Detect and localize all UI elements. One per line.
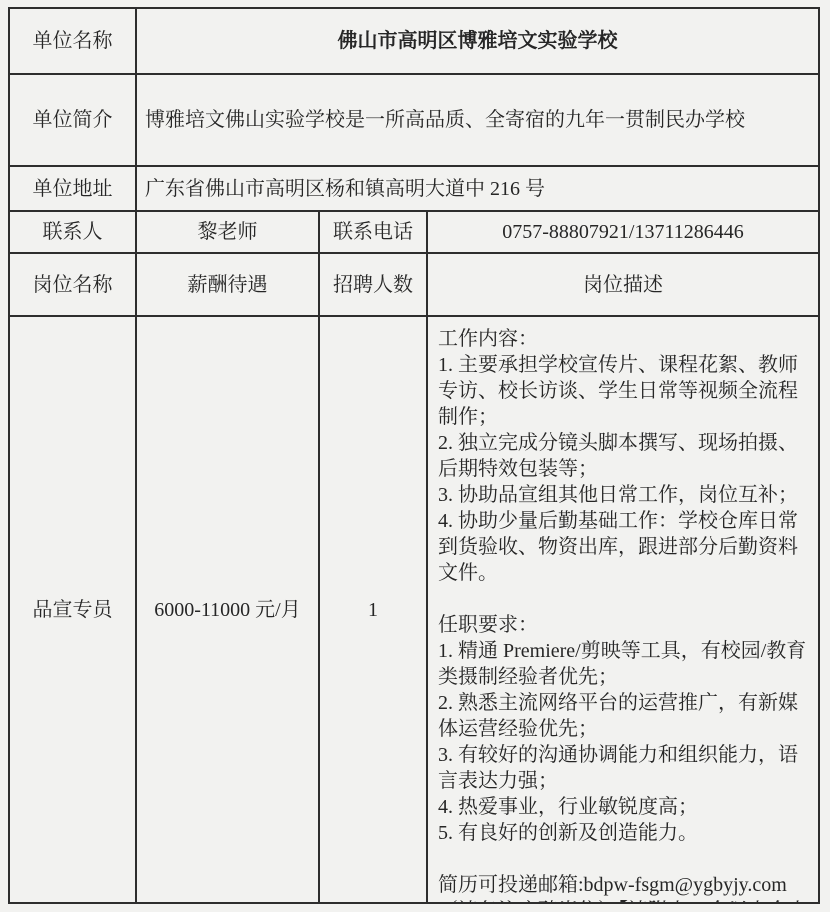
unit-name-label: 单位名称 (10, 9, 137, 75)
job-salary-value: 6000-11000 元/月 (137, 317, 320, 902)
contact-phone-label: 联系电话 (320, 212, 428, 254)
recruitment-document-page: 单位名称 佛山市高明区博雅培文实验学校 单位简介 博雅培文佛山实验学校是一所高品… (0, 0, 830, 912)
unit-address-value: 广东省佛山市高明区杨和镇高明大道中 216 号 (137, 167, 818, 212)
column-header-job-title: 岗位名称 (10, 254, 137, 317)
column-header-salary: 薪酬待遇 (137, 254, 320, 317)
unit-name-value: 佛山市高明区博雅培文实验学校 (137, 9, 818, 75)
job-description-value: 工作内容： 1. 主要承担学校宣传片、课程花絮、教师专访、校长访谈、学生日常等视… (428, 317, 818, 902)
job-headcount-value: 1 (320, 317, 428, 902)
unit-address-label: 单位地址 (10, 167, 137, 212)
contact-name: 黎老师 (137, 212, 320, 254)
column-header-description: 岗位描述 (428, 254, 818, 317)
column-header-headcount: 招聘人数 (320, 254, 428, 317)
contact-label: 联系人 (10, 212, 137, 254)
job-title-value: 品宣专员 (10, 317, 137, 902)
unit-intro-value: 博雅培文佛山实验学校是一所高品质、全寄宿的九年一贯制民办学校 (137, 75, 818, 167)
recruitment-table: 单位名称 佛山市高明区博雅培文实验学校 单位简介 博雅培文佛山实验学校是一所高品… (8, 7, 820, 904)
contact-phone-value: 0757-88807921/13711286446 (428, 212, 818, 254)
unit-intro-label: 单位简介 (10, 75, 137, 167)
